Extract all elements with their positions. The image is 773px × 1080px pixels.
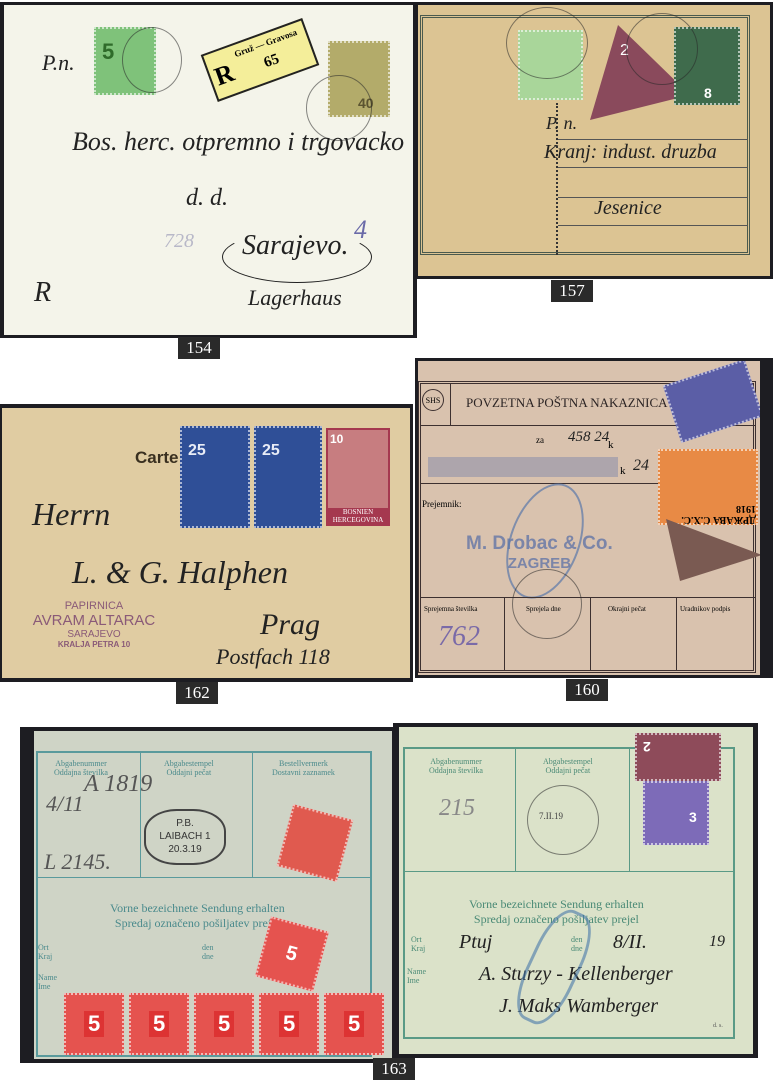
label-den: dendne [202, 943, 214, 961]
col-abgabenummer: AbgabenummerOddajna številka [429, 757, 483, 775]
col-abgabestempel: AbgabestempelOddajni pečat [164, 759, 214, 777]
lot-163-receipt-right[interactable]: AbgabenummerOddajna številka Abgabestemp… [399, 727, 753, 1054]
addressee-city: Prag [260, 608, 320, 642]
addressee-line1: Bos. herc. otpremno i trgovacko [72, 127, 404, 157]
label-ort: OrtKraj [411, 935, 425, 953]
addressee-herrn: Herrn [32, 496, 110, 533]
postmark-pettau-date: 7.II.19 [539, 811, 563, 821]
receipt-number: 762 [438, 621, 480, 653]
lot-number-157: 157 [551, 280, 593, 302]
form-title: POVZETNA POŠTNA NAKAZNICA [466, 395, 668, 411]
registration-number: 65 [262, 51, 282, 72]
handwritten-amount-words [428, 457, 618, 477]
stamp-country: BOSNIEN HERCEGOVINA [328, 508, 388, 524]
label-prejemnik: Prejemnik: [422, 499, 462, 509]
salutation: P.n. [42, 50, 75, 76]
address-line1: P. n. [546, 113, 577, 134]
postmark-pettau [527, 785, 599, 855]
porto-stamp: 5 [259, 993, 319, 1055]
col-uradnikov: Uradnikov podpis [680, 605, 730, 613]
stamp-25-blue-2: 25 [254, 426, 322, 528]
porto-stamp: 5 [324, 993, 384, 1055]
receipt-text: Vorne bezeichnete Sendung erhaltenSpreda… [110, 901, 285, 931]
handwritten-num: 215 [439, 795, 475, 822]
addressee-name: L. & G. Halphen [72, 554, 288, 591]
lot-160-form[interactable]: SHS POVZETNA POŠTNA NAKAZNICA za 458 24 … [418, 361, 760, 675]
corner-mark: R [34, 277, 51, 309]
handwritten-ref: A 1819 [84, 771, 152, 798]
rule-columns [420, 597, 756, 598]
lot-number-154: 154 [178, 337, 220, 359]
label-ort: OrtKraj [38, 943, 52, 961]
header-rule [403, 871, 735, 872]
label-za: za [536, 435, 544, 445]
imprinted-stamp-10: 10BOSNIEN HERCEGOVINA [326, 428, 390, 526]
pencil-note: 728 [164, 230, 194, 253]
col-div-2 [629, 747, 630, 871]
label-k-1: k [608, 439, 614, 451]
porto-stamp: 5 [64, 993, 124, 1055]
label-name: NameIme [38, 973, 57, 991]
handwritten-year: 19 [709, 933, 725, 951]
lot-154-cover[interactable]: P.n. 5 R Gruž — Gravosa 65 40 Bos. herc.… [4, 5, 413, 335]
stamp-2-inverted: 2 [635, 733, 721, 781]
lot-number-163: 163 [373, 1058, 415, 1080]
col-sprejemna: Sprejemna številka [424, 605, 477, 613]
addressee-subline: Lagerhaus [248, 285, 342, 311]
postmark-trbovlje [506, 7, 588, 79]
footer-mark: d. s. [713, 1023, 723, 1029]
registration-label: R Gruž — Gravosa 65 [201, 18, 320, 102]
handwritten-date: 8/II. [613, 931, 647, 954]
col-divider-3 [676, 597, 677, 671]
postmark-laibach: P.B.LAIBACH 120.3.19 [144, 809, 226, 865]
lot-162-card[interactable]: Carte 25 25 10BOSNIEN HERCEGOVINA Herrn … [2, 408, 410, 678]
col-bestellvermerk: BestellvermerkDostavni zaznamek [272, 759, 335, 777]
postmark-brcko [512, 569, 582, 639]
handwritten-place: Ptuj [459, 931, 492, 954]
col-div-2 [252, 751, 253, 877]
address-line-4 [558, 225, 748, 226]
stamp-40-orange-inverted: ДРЖАВА С.Х.С. 1918 [658, 449, 758, 525]
lot-163-receipt-left[interactable]: AbgabenummerOddajna številka Abgabestemp… [34, 731, 392, 1059]
shs-logo: SHS [422, 389, 444, 411]
stamp-25-blue-1: 25 [180, 426, 250, 528]
address-line3: Jesenice [594, 197, 662, 220]
addressee-line2: d. d. [186, 185, 228, 212]
postmark-gravosa [122, 27, 182, 93]
label-k-2: k [620, 465, 626, 477]
postmark-trbovlje-2 [626, 13, 698, 85]
logo-divider [450, 383, 451, 425]
col-divider-1 [504, 597, 505, 671]
porto-stamp: 5 [129, 993, 189, 1055]
lot-number-162: 162 [176, 682, 218, 704]
lot-157-card[interactable]: 2 8 P. n. Kranj: indust. druzba Jesenice [418, 5, 770, 276]
address-line-2 [558, 167, 748, 168]
sender-cachet: PAPIRNICA AVRAM ALTARAC SARAJEVO KRALJA … [14, 600, 174, 649]
stamp-triangle-brown [666, 519, 760, 581]
amount-handwritten-2: 24 [633, 457, 649, 475]
addressee-postfach: Postfach 118 [216, 644, 330, 670]
col-abgabestempel: AbgabestempelOddajni pečat [543, 757, 593, 775]
col-div-1 [140, 751, 141, 877]
stamp-3-violet: 3 [643, 781, 709, 845]
registration-letter: R [210, 58, 238, 93]
col-okrajni: Okrajni pečat [608, 605, 646, 613]
handwritten-amount: L 2145. [44, 849, 111, 875]
col-div-1 [515, 747, 516, 871]
porto-stamp: 5 [194, 993, 254, 1055]
address-line-1 [558, 139, 748, 140]
col-divider-2 [590, 597, 591, 671]
underline-oval [222, 231, 372, 283]
handwritten-num: 4/11 [46, 791, 83, 817]
amount-handwritten: 458 24 [568, 429, 609, 446]
label-name: NameIme [407, 967, 426, 985]
address-line2: Kranj: indust. druzba [544, 141, 717, 164]
lot-number-160: 160 [566, 679, 608, 701]
printed-carte: Carte [135, 448, 178, 468]
